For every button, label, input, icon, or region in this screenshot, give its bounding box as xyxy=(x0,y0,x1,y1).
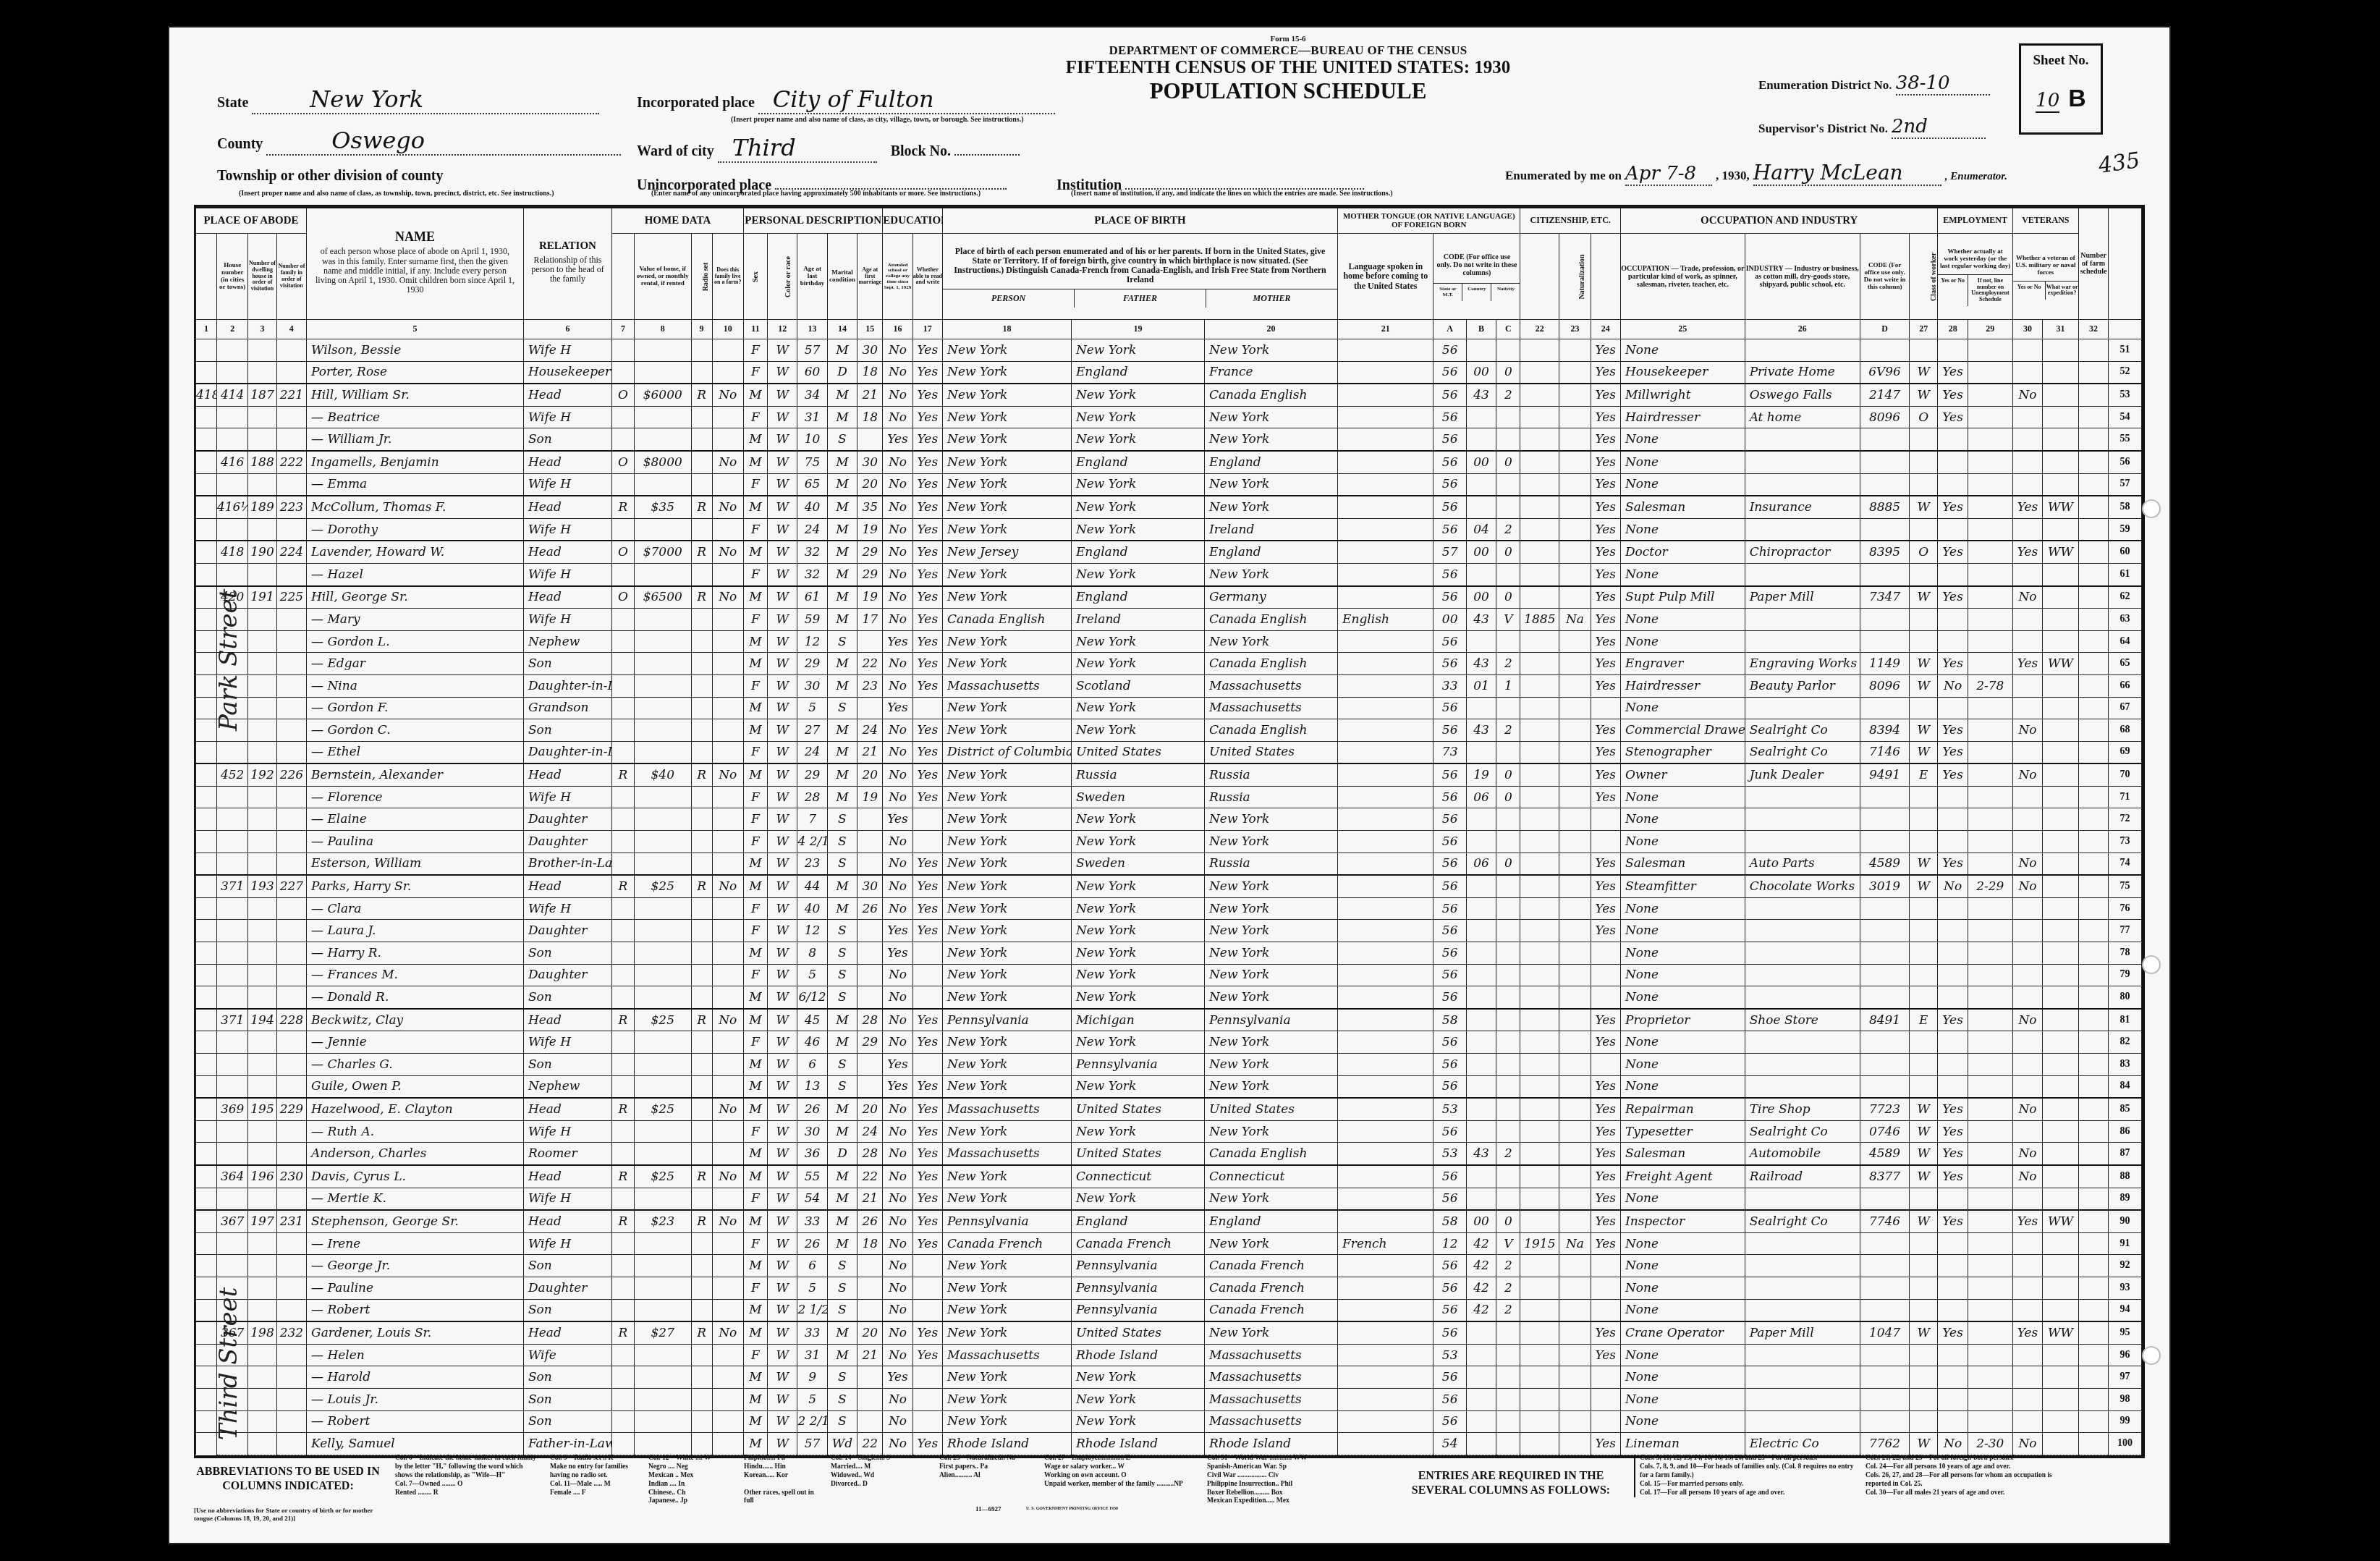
street-cell xyxy=(196,361,217,384)
veteran-cell xyxy=(2012,1188,2042,1210)
house-number-cell xyxy=(216,741,247,763)
group-name: NAMEof each person whose place of abode … xyxy=(307,208,524,320)
abbrev-col23: Col. 23—Naturalized.. Na First papers.. … xyxy=(939,1455,1041,1481)
dwelling-number-cell: 195 xyxy=(248,1098,276,1120)
name-cell: Anderson, Charles xyxy=(307,1143,524,1165)
table-row: — Gordon C.SonMW27M24NoYesNew YorkNew Yo… xyxy=(196,719,2142,742)
family-number-cell: 229 xyxy=(276,1098,306,1120)
farm-schedule-cell xyxy=(2078,518,2108,541)
relation-cell: Head xyxy=(523,384,611,406)
occupation-cell: None xyxy=(1620,808,1745,831)
relation-cell: Wife H xyxy=(523,1188,611,1210)
code-c-cell: 2 xyxy=(1496,1143,1520,1165)
ward-label: Ward of city xyxy=(637,143,714,159)
marital-cell: M xyxy=(827,1232,857,1255)
house-number-cell: 364 xyxy=(216,1165,247,1188)
name-cell: — Robert xyxy=(307,1410,524,1433)
radio-cell xyxy=(691,697,712,719)
speak-english-cell: Yes xyxy=(1591,741,1620,763)
owned-rented-cell: O xyxy=(611,541,634,563)
class-of-worker-cell xyxy=(1910,920,1938,942)
at-work-cell xyxy=(1938,563,1968,585)
relation-cell: Head xyxy=(523,496,611,518)
industry-cell: Shoe Store xyxy=(1745,1009,1860,1031)
immigration-year-cell xyxy=(1520,473,1559,496)
birthplace-person-cell: New York xyxy=(943,384,1072,406)
war-cell xyxy=(2043,384,2079,406)
race-cell: W xyxy=(768,1321,797,1344)
occupation-cell: Salesman xyxy=(1620,496,1745,518)
relation-cell: Head xyxy=(523,1009,611,1031)
occupation-code-cell: 0746 xyxy=(1860,1120,1909,1143)
dwelling-number-cell xyxy=(248,719,276,742)
sex-cell: M xyxy=(743,428,767,451)
home-value-cell xyxy=(634,518,691,541)
house-number-cell: 414 xyxy=(216,384,247,406)
unemployment-line-cell xyxy=(1968,964,2012,986)
marital-cell: M xyxy=(827,1031,857,1054)
marital-cell: S xyxy=(827,831,857,853)
home-value-cell: $25 xyxy=(634,1009,691,1031)
age-first-marriage-cell: 29 xyxy=(857,1031,883,1054)
home-value-cell xyxy=(634,674,691,697)
code-a-cell: 56 xyxy=(1433,451,1467,473)
read-write-cell: Yes xyxy=(912,786,942,808)
immigration-year-cell xyxy=(1520,1009,1559,1031)
relation-cell: Wife xyxy=(523,1344,611,1366)
language-cell xyxy=(1338,697,1433,719)
birthplace-person-cell: New York xyxy=(943,1075,1072,1098)
code-b-cell xyxy=(1466,1054,1496,1076)
code-c-cell xyxy=(1496,697,1520,719)
age-first-marriage-cell: 19 xyxy=(857,518,883,541)
sex-cell: M xyxy=(743,541,767,563)
code-a-cell: 56 xyxy=(1433,1299,1467,1321)
code-a-cell: 56 xyxy=(1433,406,1467,428)
family-number-cell xyxy=(276,920,306,942)
immigration-year-cell xyxy=(1520,875,1559,897)
class-of-worker-cell: E xyxy=(1910,763,1938,786)
radio-cell xyxy=(691,808,712,831)
radio-cell xyxy=(691,1344,712,1366)
farm-schedule-cell xyxy=(2078,1031,2108,1054)
war-cell xyxy=(2043,1388,2079,1410)
war-cell: WW xyxy=(2043,541,2079,563)
home-value-cell xyxy=(634,1299,691,1321)
birthplace-person-cell: New York xyxy=(943,653,1072,675)
occupation-cell: Crane Operator xyxy=(1620,1321,1745,1344)
family-number-cell xyxy=(276,630,306,653)
speak-english-cell: Yes xyxy=(1591,406,1620,428)
table-row: — BeatriceWife HFW31M18NoYesNew YorkNew … xyxy=(196,406,2142,428)
class-of-worker-cell: W xyxy=(1910,1165,1938,1188)
family-number-cell xyxy=(276,1299,306,1321)
at-work-cell xyxy=(1938,1232,1968,1255)
speak-english-cell: Yes xyxy=(1591,719,1620,742)
birthplace-mother-cell: Russia xyxy=(1204,763,1337,786)
age-cell: 2 1/2 xyxy=(797,1299,827,1321)
birthplace-person-cell: Canada French xyxy=(943,1232,1072,1255)
age-cell: 34 xyxy=(797,384,827,406)
occupation-code-cell xyxy=(1860,1054,1909,1076)
unemployment-line-cell xyxy=(1968,609,2012,631)
age-first-marriage-cell xyxy=(857,1255,883,1277)
at-work-cell xyxy=(1938,831,1968,853)
abbrev-col12-a: Col. 12—White .... W Negro .... Neg Mexi… xyxy=(648,1455,735,1506)
column-number: 27 xyxy=(1910,320,1938,339)
marital-cell: M xyxy=(827,339,857,362)
marital-cell: M xyxy=(827,741,857,763)
home-value-cell xyxy=(634,1232,691,1255)
home-value-cell xyxy=(634,339,691,362)
farm-schedule-cell xyxy=(2078,1277,2108,1299)
occupation-code-cell xyxy=(1860,473,1909,496)
home-value-cell xyxy=(634,786,691,808)
table-row: — HelenWifeFW31M21NoYesMassachusettsRhod… xyxy=(196,1344,2142,1366)
table-row: 364196230Davis, Cyrus L.HeadR$25RNoMW55M… xyxy=(196,1165,2142,1188)
age-cell: 6 xyxy=(797,1255,827,1277)
code-a-cell: 56 xyxy=(1433,1255,1467,1277)
school-cell: No xyxy=(883,451,912,473)
unemployment-line-cell xyxy=(1968,1321,2012,1344)
header-sex: Sex xyxy=(743,234,767,320)
occupation-cell: None xyxy=(1620,897,1745,920)
class-of-worker-cell xyxy=(1910,630,1938,653)
marital-cell: M xyxy=(827,1188,857,1210)
table-row: — JennieWife HFW46M29NoYesNew YorkNew Yo… xyxy=(196,1031,2142,1054)
occupation-code-cell xyxy=(1860,563,1909,585)
class-of-worker-cell: W xyxy=(1910,653,1938,675)
table-row: — George Jr.SonMW6SNoNew YorkPennsylvani… xyxy=(196,1255,2142,1277)
home-value-cell xyxy=(634,1120,691,1143)
veteran-cell xyxy=(2012,1277,2042,1299)
read-write-cell: Yes xyxy=(912,1188,942,1210)
table-row: 416188222Ingamells, BenjaminHeadO$8000No… xyxy=(196,451,2142,473)
race-cell: W xyxy=(768,964,797,986)
class-of-worker-cell xyxy=(1910,1299,1938,1321)
school-cell: No xyxy=(883,875,912,897)
name-cell: Bernstein, Alexander xyxy=(307,763,524,786)
home-value-cell: $25 xyxy=(634,1098,691,1120)
speak-english-cell: Yes xyxy=(1591,1232,1620,1255)
code-b-cell: 04 xyxy=(1466,518,1496,541)
table-row: — FlorenceWife HFW28M19NoYesNew YorkSwed… xyxy=(196,786,2142,808)
class-of-worker-cell: W xyxy=(1910,875,1938,897)
birthplace-father-cell: Rhode Island xyxy=(1071,1344,1204,1366)
industry-cell xyxy=(1745,518,1860,541)
naturalization-cell xyxy=(1559,1009,1591,1031)
speak-english-cell xyxy=(1591,1255,1620,1277)
unemployment-line-cell xyxy=(1968,406,2012,428)
name-cell: — Elaine xyxy=(307,808,524,831)
block-value xyxy=(954,154,1020,156)
birthplace-person-cell: New York xyxy=(943,1120,1072,1143)
birthplace-father-cell: Connecticut xyxy=(1071,1165,1204,1188)
code-b-cell: 06 xyxy=(1466,853,1496,875)
home-value-cell xyxy=(634,1255,691,1277)
age-cell: 6/12 xyxy=(797,986,827,1009)
relation-cell: Daughter xyxy=(523,808,611,831)
township-note: (Insert proper name and also name of cla… xyxy=(239,190,554,198)
radio-cell xyxy=(691,428,712,451)
family-number-cell xyxy=(276,1410,306,1433)
language-cell xyxy=(1338,541,1433,563)
family-number-cell xyxy=(276,361,306,384)
farm-schedule-cell xyxy=(2078,1188,2108,1210)
group-veterans: VETERANS xyxy=(2012,208,2078,234)
unemployment-line-cell xyxy=(1968,1098,2012,1120)
veteran-cell: No xyxy=(2012,875,2042,897)
school-cell: No xyxy=(883,361,912,384)
race-cell: W xyxy=(768,563,797,585)
sex-cell: F xyxy=(743,609,767,631)
industry-cell: Paper Mill xyxy=(1745,1321,1860,1344)
radio-cell xyxy=(691,630,712,653)
house-number-cell xyxy=(216,1255,247,1277)
sex-cell: M xyxy=(743,1321,767,1344)
age-cell: 7 xyxy=(797,808,827,831)
radio-cell: R xyxy=(691,1321,712,1344)
age-first-marriage-cell: 24 xyxy=(857,1120,883,1143)
speak-english-cell xyxy=(1591,1388,1620,1410)
home-value-cell xyxy=(634,697,691,719)
owned-rented-cell xyxy=(611,1366,634,1389)
family-number-cell xyxy=(276,563,306,585)
unemployment-line-cell xyxy=(1968,1277,2012,1299)
war-cell: WW xyxy=(2043,653,2079,675)
marital-cell: M xyxy=(827,541,857,563)
language-cell: English xyxy=(1338,609,1433,631)
age-cell: 28 xyxy=(797,786,827,808)
family-number-cell: 227 xyxy=(276,875,306,897)
code-a-cell: 56 xyxy=(1433,897,1467,920)
read-write-cell: Yes xyxy=(912,586,942,609)
read-write-cell: Yes xyxy=(912,719,942,742)
age-first-marriage-cell xyxy=(857,1366,883,1389)
war-cell xyxy=(2043,1232,2079,1255)
race-cell: W xyxy=(768,719,797,742)
immigration-year-cell xyxy=(1520,563,1559,585)
speak-english-cell: Yes xyxy=(1591,897,1620,920)
immigration-year-cell xyxy=(1520,586,1559,609)
birthplace-mother-cell: Canada French xyxy=(1204,1255,1337,1277)
marital-cell: M xyxy=(827,719,857,742)
age-cell: 2 2/12 xyxy=(797,1410,827,1433)
code-c-cell: 2 xyxy=(1496,1255,1520,1277)
read-write-cell: Yes xyxy=(912,853,942,875)
unemployment-line-cell xyxy=(1968,653,2012,675)
unemployment-line-cell xyxy=(1968,1009,2012,1031)
language-cell xyxy=(1338,1075,1433,1098)
veteran-cell xyxy=(2012,741,2042,763)
code-b-cell xyxy=(1466,697,1496,719)
family-number-cell xyxy=(276,786,306,808)
radio-cell xyxy=(691,1388,712,1410)
home-value-cell: $35 xyxy=(634,496,691,518)
family-number-cell xyxy=(276,1143,306,1165)
language-cell xyxy=(1338,674,1433,697)
war-cell xyxy=(2043,808,2079,831)
unemployment-line-cell xyxy=(1968,586,2012,609)
read-write-cell: Yes xyxy=(912,339,942,362)
occupation-cell: Typesetter xyxy=(1620,1120,1745,1143)
race-cell: W xyxy=(768,1210,797,1232)
occupation-code-cell xyxy=(1860,920,1909,942)
industry-cell xyxy=(1745,942,1860,965)
unemployment-line-cell xyxy=(1968,630,2012,653)
naturalization-cell xyxy=(1559,1410,1591,1433)
at-work-cell xyxy=(1938,1054,1968,1076)
read-write-cell: Yes xyxy=(912,920,942,942)
birthplace-father-cell: New York xyxy=(1071,473,1204,496)
occupation-cell: None xyxy=(1620,1188,1745,1210)
table-body: Wilson, BessieWife HFW57M30NoYesNew York… xyxy=(196,339,2142,1455)
owned-rented-cell xyxy=(611,1388,634,1410)
birthplace-mother-cell: Massachusetts xyxy=(1204,697,1337,719)
birthplace-father-cell: New York xyxy=(1071,808,1204,831)
code-b-cell xyxy=(1466,1321,1496,1344)
column-number: 12 xyxy=(768,320,797,339)
home-value-cell: $23 xyxy=(634,1210,691,1232)
age-cell: 61 xyxy=(797,586,827,609)
line-number-cell: 61 xyxy=(2109,563,2142,585)
marital-cell: M xyxy=(827,786,857,808)
at-work-cell xyxy=(1938,1188,1968,1210)
radio-cell: R xyxy=(691,875,712,897)
sex-cell: M xyxy=(743,1299,767,1321)
farm-schedule-cell xyxy=(2078,1009,2108,1031)
home-value-cell: $25 xyxy=(634,1165,691,1188)
code-b-cell: 00 xyxy=(1466,586,1496,609)
read-write-cell xyxy=(912,697,942,719)
sex-cell: M xyxy=(743,719,767,742)
age-cell: 60 xyxy=(797,361,827,384)
industry-cell xyxy=(1745,339,1860,362)
column-number: 2 xyxy=(216,320,247,339)
age-first-marriage-cell xyxy=(857,920,883,942)
speak-english-cell: Yes xyxy=(1591,920,1620,942)
naturalization-cell xyxy=(1559,1054,1591,1076)
code-a-cell: 56 xyxy=(1433,786,1467,808)
code-c-cell xyxy=(1496,986,1520,1009)
sex-cell: F xyxy=(743,674,767,697)
speak-english-cell xyxy=(1591,986,1620,1009)
farm-cell xyxy=(712,1299,743,1321)
naturalization-cell xyxy=(1559,361,1591,384)
home-value-cell xyxy=(634,1366,691,1389)
street-label-third: Third Street xyxy=(214,1287,243,1440)
street-cell xyxy=(196,1075,217,1098)
war-cell xyxy=(2043,518,2079,541)
unemployment-line-cell xyxy=(1968,1120,2012,1143)
code-a-cell: 56 xyxy=(1433,808,1467,831)
dwelling-number-cell: 191 xyxy=(248,586,276,609)
sex-cell: F xyxy=(743,563,767,585)
unemployment-line-cell xyxy=(1968,1388,2012,1410)
family-number-cell xyxy=(276,1120,306,1143)
farm-cell: No xyxy=(712,763,743,786)
birthplace-father-cell: New York xyxy=(1071,653,1204,675)
language-cell xyxy=(1338,1410,1433,1433)
house-number-cell xyxy=(216,964,247,986)
owned-rented-cell xyxy=(611,674,634,697)
farm-cell xyxy=(712,339,743,362)
age-first-marriage-cell: 21 xyxy=(857,1188,883,1210)
veteran-cell xyxy=(2012,964,2042,986)
birthplace-father-cell: New York xyxy=(1071,719,1204,742)
relation-cell: Brother-in-Law xyxy=(523,853,611,875)
print-code: 11—6927 xyxy=(975,1505,1001,1513)
age-cell: 26 xyxy=(797,1098,827,1120)
occupation-cell: None xyxy=(1620,920,1745,942)
naturalization-cell xyxy=(1559,853,1591,875)
table-row: — IreneWife HFW26M18NoYesCanada FrenchCa… xyxy=(196,1232,2142,1255)
relation-cell: Daughter-in-Law xyxy=(523,741,611,763)
language-cell xyxy=(1338,1299,1433,1321)
age-first-marriage-cell: 18 xyxy=(857,361,883,384)
code-a-cell: 56 xyxy=(1433,496,1467,518)
immigration-year-cell xyxy=(1520,1188,1559,1210)
home-value-cell xyxy=(634,1410,691,1433)
code-a-cell: 58 xyxy=(1433,1009,1467,1031)
age-cell: 36 xyxy=(797,1143,827,1165)
birthplace-father-cell: New York xyxy=(1071,384,1204,406)
dwelling-number-cell: 193 xyxy=(248,875,276,897)
class-of-worker-cell: W xyxy=(1910,1143,1938,1165)
age-first-marriage-cell: 30 xyxy=(857,339,883,362)
house-number-cell: 452 xyxy=(216,763,247,786)
speak-english-cell: Yes xyxy=(1591,563,1620,585)
read-write-cell: Yes xyxy=(912,451,942,473)
unemployment-line-cell xyxy=(1968,563,2012,585)
name-cell: — Mertie K. xyxy=(307,1188,524,1210)
unemployment-line-cell xyxy=(1968,853,2012,875)
header-school: Attended school or college any time sinc… xyxy=(883,234,912,320)
house-number-cell xyxy=(216,1075,247,1098)
speak-english-cell: Yes xyxy=(1591,496,1620,518)
war-cell xyxy=(2043,719,2079,742)
farm-schedule-cell xyxy=(2078,1232,2108,1255)
owned-rented-cell xyxy=(611,1075,634,1098)
industry-cell: Oswego Falls xyxy=(1745,384,1860,406)
dwelling-number-cell: 197 xyxy=(248,1210,276,1232)
race-cell: W xyxy=(768,920,797,942)
age-first-marriage-cell xyxy=(857,853,883,875)
dwelling-number-cell xyxy=(248,986,276,1009)
speak-english-cell: Yes xyxy=(1591,1344,1620,1366)
owned-rented-cell xyxy=(611,1299,634,1321)
age-first-marriage-cell: 19 xyxy=(857,586,883,609)
unemployment-line-cell xyxy=(1968,1188,2012,1210)
unemployment-line-cell xyxy=(1968,1410,2012,1433)
dwelling-number-cell xyxy=(248,1031,276,1054)
sd-field: Supervisor's District No. 2nd xyxy=(1758,116,1986,139)
line-number-cell: 60 xyxy=(2109,541,2142,563)
dwelling-number-cell: 188 xyxy=(248,451,276,473)
code-b-cell xyxy=(1466,496,1496,518)
radio-cell xyxy=(691,1366,712,1389)
birthplace-father-cell: Pennsylvania xyxy=(1071,1277,1204,1299)
age-cell: 30 xyxy=(797,1120,827,1143)
house-number-cell xyxy=(216,406,247,428)
farm-cell xyxy=(712,697,743,719)
birthplace-father-cell: Pennsylvania xyxy=(1071,1255,1204,1277)
school-cell: No xyxy=(883,986,912,1009)
name-cell: — Harold xyxy=(307,1366,524,1389)
dwelling-number-cell xyxy=(248,428,276,451)
code-a-cell: 56 xyxy=(1433,831,1467,853)
street-cell xyxy=(196,1031,217,1054)
